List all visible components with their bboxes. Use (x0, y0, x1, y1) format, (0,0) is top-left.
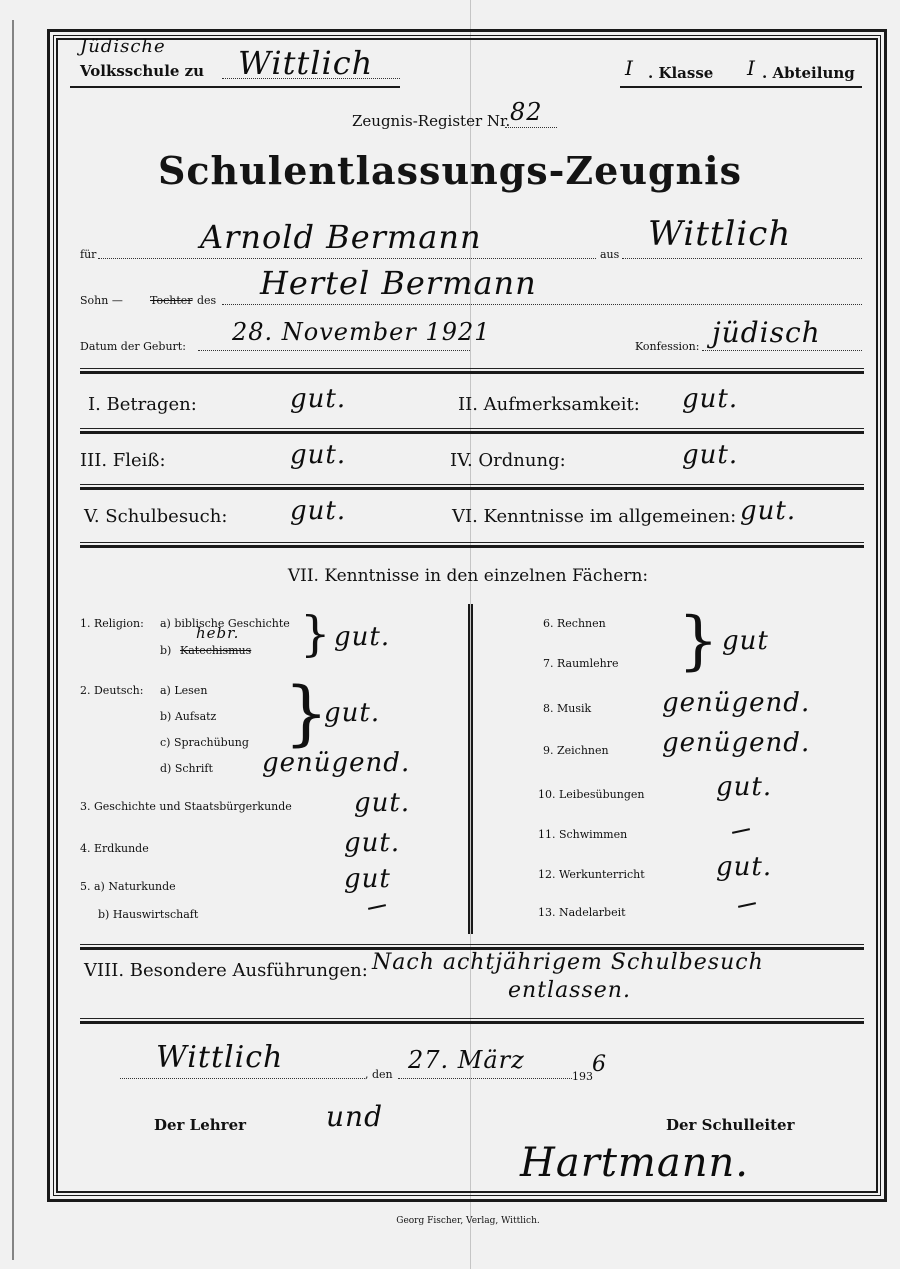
birth-label: Datum der Geburt: (80, 340, 186, 353)
principal-signature: Hartmann. (520, 1140, 749, 1186)
teacher-label: Der Lehrer (154, 1116, 246, 1134)
section-rule (80, 1018, 864, 1024)
subject-label-rechnen: 6. Rechnen (543, 617, 606, 630)
grade-naturkunde: gut (344, 864, 391, 894)
grade-werkunterricht: gut. (716, 852, 772, 882)
grade-betragen: gut. (290, 384, 346, 414)
son-label: Sohn — (80, 294, 123, 307)
subject-label-deutsch-b: b) Aufsatz (160, 710, 216, 723)
subject-label-deutsch-c: c) Sprachübung (160, 736, 249, 749)
grade-leibesuebungen: gut. (716, 772, 772, 802)
year-suffix: 6 (592, 1052, 607, 1077)
document-title: Schulentlassungs-Zeugnis (0, 148, 900, 193)
principal-label: Der Schulleiter (666, 1116, 794, 1134)
publisher-imprint: Georg Fischer, Verlag, Wittlich. (0, 1216, 900, 1226)
grade-geschichte: gut. (354, 788, 410, 818)
grade-schulbesuch: gut. (290, 496, 346, 526)
division-value: I (747, 56, 756, 80)
teacher-signature: und (326, 1100, 383, 1133)
subjects-heading: VII. Kenntnisse in den einzelnen Fächern… (0, 566, 900, 586)
remarks-line-2: entlassen. (508, 978, 631, 1003)
subject-label-leibesuebungen: 10. Leibesübungen (538, 788, 644, 801)
grade-label-betragen: I. Betragen: (88, 394, 197, 415)
subject-label-geschichte: 3. Geschichte und Staatsbürgerkunde (80, 800, 292, 813)
from-label: aus (600, 248, 619, 261)
for-label: für (80, 248, 96, 261)
section-rule (80, 368, 864, 374)
grade-label-schulbesuch: V. Schulbesuch: (84, 506, 227, 527)
section-rule (80, 484, 864, 490)
den-label: , den (365, 1068, 393, 1081)
subject-label-hauswirtschaft: b) Hauswirtschaft (98, 908, 198, 921)
subject-label-zeichnen: 9. Zeichnen (543, 744, 609, 757)
confession: jüdisch (712, 316, 821, 349)
student-name: Arnold Bermann (200, 218, 482, 256)
grade-fleiss: gut. (290, 440, 346, 470)
grade-label-fleiss: III. Fleiß: (80, 450, 166, 471)
subject-label-religion-b-prefix: b) (160, 644, 171, 657)
of-label: des (197, 294, 216, 307)
class-label: . Klasse (648, 64, 713, 82)
section-rule (80, 428, 864, 434)
subject-label-erdkunde: 4. Erdkunde (80, 842, 149, 855)
subject-label-musik: 8. Musik (543, 702, 591, 715)
grade-label-kenntnisse: VI. Kenntnisse im allgemeinen: (452, 506, 736, 527)
grade-erdkunde: gut. (344, 828, 400, 858)
school-type-handwritten: Jüdische (80, 36, 166, 57)
school-label: Volksschule zu (80, 62, 204, 80)
subject-label-werkunterricht: 12. Werkunterricht (538, 868, 645, 881)
grade-kenntnisse: gut. (740, 496, 796, 526)
school-town: Wittlich (238, 44, 373, 82)
class-value: I (625, 56, 634, 80)
grade-math: gut (722, 626, 769, 656)
brace-math: } (678, 604, 719, 678)
brace-religion: } (300, 606, 331, 662)
brace-deutsch: } (284, 672, 329, 754)
subject-label-religion-b-insert: hebr. (196, 624, 239, 642)
register-number: 82 (510, 98, 543, 126)
header-rule-left (70, 86, 400, 88)
grade-deutsch-d: genügend. (262, 748, 410, 778)
grade-deutsch-abc: gut. (324, 698, 380, 728)
subject-label-nadelarbeit: 13. Nadelarbeit (538, 906, 626, 919)
grade-aufmerksamkeit: gut. (682, 384, 738, 414)
daughter-label-struck: Tochter (150, 294, 193, 307)
grade-label-ordnung: IV. Ordnung: (450, 450, 566, 471)
paper-edge (12, 20, 20, 1260)
header-rule-right (620, 86, 862, 88)
grade-ordnung: gut. (682, 440, 738, 470)
document-frame (47, 29, 887, 1202)
subjects-column-divider (468, 604, 473, 934)
hometown: Wittlich (648, 214, 791, 254)
parent-name: Hertel Bermann (260, 264, 537, 302)
subject-label-raumlehre: 7. Raumlehre (543, 657, 618, 670)
grade-zeichnen: genügend. (662, 728, 810, 758)
grade-label-aufmerksamkeit: II. Aufmerksamkeit: (458, 394, 640, 415)
grade-musik: genügend. (662, 688, 810, 718)
subject-label-deutsch-d: d) Schrift (160, 762, 213, 775)
subject-label-religion-b-struck: Katechismus (180, 644, 251, 657)
year-prefix: 193 (572, 1070, 593, 1083)
subject-label-deutsch-a: a) Lesen (160, 684, 207, 697)
remarks-label: VIII. Besondere Ausführungen: (84, 960, 368, 981)
subject-label-schwimmen: 11. Schwimmen (538, 828, 627, 841)
signature-date: 27. März (408, 1046, 525, 1074)
register-label: Zeugnis-Register Nr. (352, 112, 510, 130)
division-label: . Abteilung (762, 64, 855, 82)
subject-label-religion: 1. Religion: (80, 617, 144, 630)
subject-label-deutsch: 2. Deutsch: (80, 684, 143, 697)
grade-religion: gut. (334, 622, 390, 652)
signature-place: Wittlich (156, 1040, 283, 1075)
remarks-line-1: Nach achtjährigem Schulbesuch (372, 950, 764, 975)
birth-date: 28. November 1921 (232, 318, 491, 346)
section-rule (80, 542, 864, 548)
subject-label-naturkunde: 5. a) Naturkunde (80, 880, 176, 893)
confession-label: Konfession: (635, 340, 699, 353)
